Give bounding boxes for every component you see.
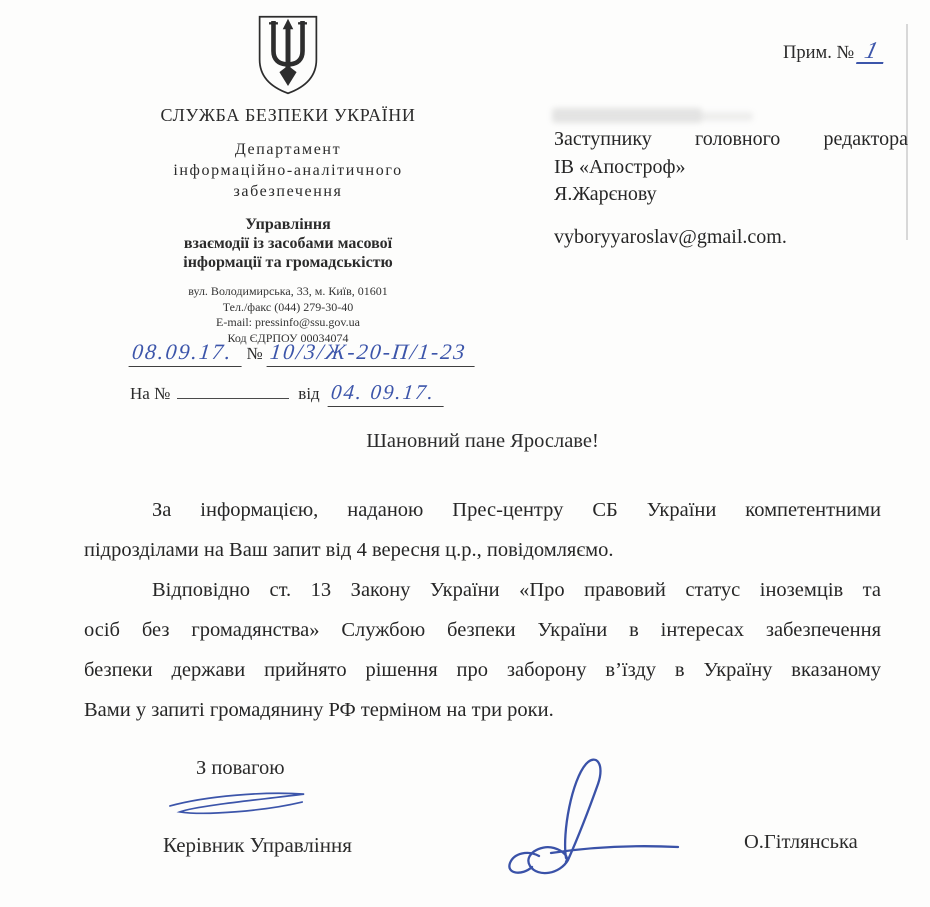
incoming-number-label: На №	[130, 384, 170, 404]
recipient-line: Я.Жарєнову	[554, 181, 908, 209]
letter-body: За інформацією, наданою Прес-центру СБ У…	[84, 490, 881, 730]
body-line: За інформацією, наданою Прес-центру СБ У…	[84, 490, 881, 530]
division-name: Управління взаємодії із засобами масової…	[118, 215, 458, 272]
handwritten-signature	[496, 750, 686, 880]
department-line: Департамент	[118, 139, 458, 160]
handwritten-copy-number: 1	[856, 40, 889, 64]
erased-text-smudge	[701, 112, 753, 121]
recipient-email: vyboryyaroslav@gmail.com.	[554, 224, 908, 252]
outgoing-reference-row: 08.09.17. № 10/3/Ж-20-П/1-23	[130, 339, 560, 367]
copy-number-label: Прим. №	[783, 43, 854, 63]
recipient-line: Заступнику головного редактора	[554, 126, 908, 154]
letterhead: СЛУЖБА БЕЗПЕКИ УКРАЇНИ Департамент інфор…	[118, 12, 458, 346]
department-line: забезпечення	[118, 181, 458, 202]
signer-title: Керівник Управління	[163, 833, 352, 858]
scanned-letter-page: Прим. № 1 СЛУЖБА БЕЗПЕКИ УКРАЇНИ Департа…	[0, 0, 930, 907]
blank-underline	[177, 385, 289, 399]
closing-phrase: З повагою	[196, 757, 285, 780]
from-label: від	[298, 384, 319, 404]
salutation: Шановний пане Ярославе!	[84, 430, 881, 453]
signer-name: О.Гітлянська	[744, 831, 858, 854]
org-email-line: E-mail: pressinfo@ssu.gov.ua	[118, 315, 458, 331]
phone-line: Тел./факс (044) 279-30-40	[118, 300, 458, 316]
body-line: безпеки держави прийнято рішення про заб…	[84, 650, 881, 690]
body-line: Відповідно ст. 13 Закону України «Про пр…	[84, 570, 881, 610]
contact-info: вул. Володимирська, 33, м. Київ, 01601 Т…	[118, 284, 458, 346]
division-line: Управління	[118, 215, 458, 234]
erased-text-smudge	[552, 108, 702, 123]
ukraine-trident-shield-icon	[255, 12, 321, 98]
department-name: Департамент інформаційно-аналітичного за…	[118, 139, 458, 202]
address-line: вул. Володимирська, 33, м. Київ, 01601	[118, 284, 458, 300]
reference-block: 08.09.17. № 10/3/Ж-20-П/1-23 На № від 04…	[130, 339, 560, 407]
body-line: підрозділами на Ваш запит від 4 вересня …	[84, 530, 881, 570]
recipient-line: ІВ «Апостроф»	[554, 154, 908, 182]
division-line: взаємодії із засобами масової	[118, 234, 458, 253]
body-line: осіб без громадянства» Службою безпеки У…	[84, 610, 881, 650]
org-name: СЛУЖБА БЕЗПЕКИ УКРАЇНИ	[118, 105, 458, 126]
division-line: інформації та громадськістю	[118, 253, 458, 272]
handwritten-outgoing-date: 08.09.17.	[129, 339, 244, 367]
department-line: інформаційно-аналітичного	[118, 160, 458, 181]
copy-number-stamp: Прим. № 1	[783, 40, 886, 64]
recipient-block: Заступнику головного редактора ІВ «Апост…	[554, 126, 908, 251]
handwritten-outgoing-number: 10/3/Ж-20-П/1-23	[266, 339, 477, 367]
body-line: Вами у запиті громадянину РФ терміном на…	[84, 690, 881, 730]
pen-flourish-mark	[166, 786, 314, 822]
number-sign-label: №	[247, 344, 263, 364]
incoming-reference-row: На № від 04. 09.17.	[130, 380, 560, 407]
handwritten-incoming-date: 04. 09.17.	[327, 380, 446, 407]
